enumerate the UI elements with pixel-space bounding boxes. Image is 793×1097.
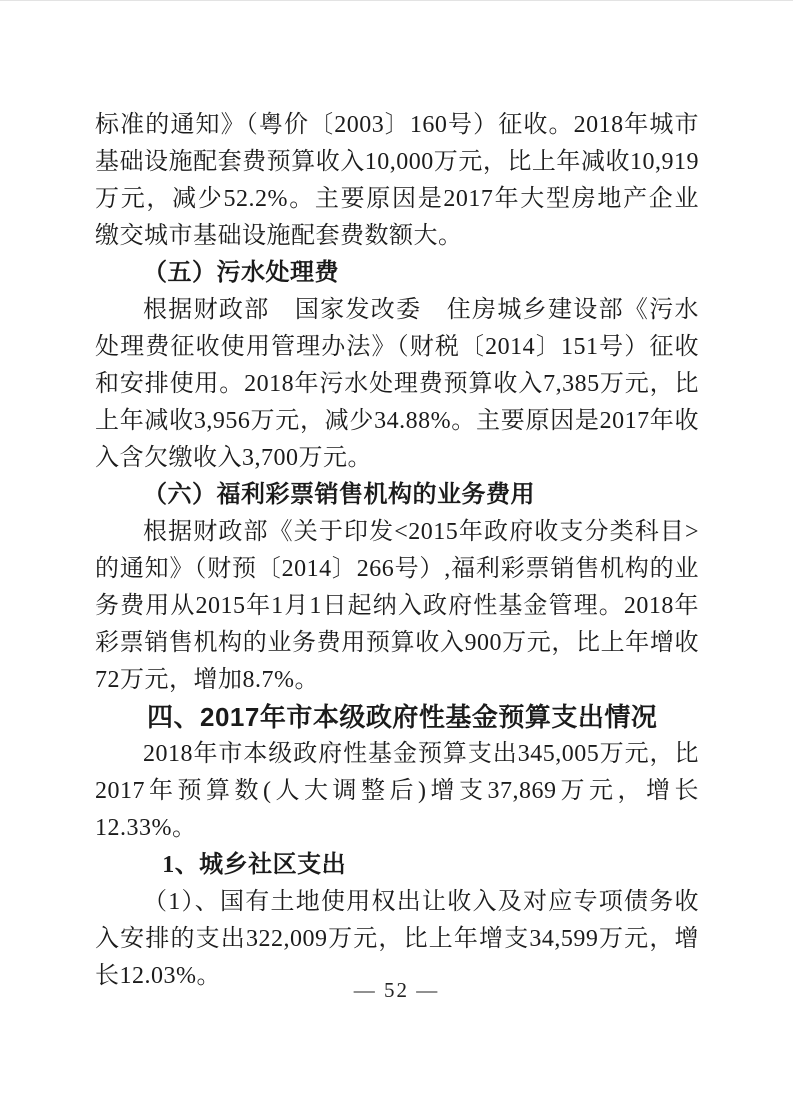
item-one-heading: 1、城乡社区支出 — [95, 847, 699, 884]
document-body: 标准的通知》（粤价〔2003〕160号）征收。2018年城市基础设施配套费预算收… — [95, 107, 699, 995]
page-number: — 52 — — [0, 978, 793, 1003]
document-page: 标准的通知》（粤价〔2003〕160号）征收。2018年城市基础设施配套费预算收… — [0, 0, 793, 1097]
section-five-heading: （五）污水处理费 — [95, 255, 699, 292]
section-six-heading: （六）福利彩票销售机构的业务费用 — [95, 477, 699, 514]
part-four-intro: 2018年市本级政府性基金预算支出345,005万元，比2017年预算数(人大调… — [95, 736, 699, 847]
part-four-heading: 四、2017年市本级政府性基金预算支出情况 — [95, 699, 699, 736]
section-five-body: 根据财政部 国家发改委 住房城乡建设部《污水处理费征收使用管理办法》（财税〔20… — [95, 292, 699, 477]
continued-paragraph: 标准的通知》（粤价〔2003〕160号）征收。2018年城市基础设施配套费预算收… — [95, 107, 699, 255]
section-six-body: 根据财政部《关于印发<2015年政府收支分类科目>的通知》（财预〔2014〕26… — [95, 514, 699, 699]
